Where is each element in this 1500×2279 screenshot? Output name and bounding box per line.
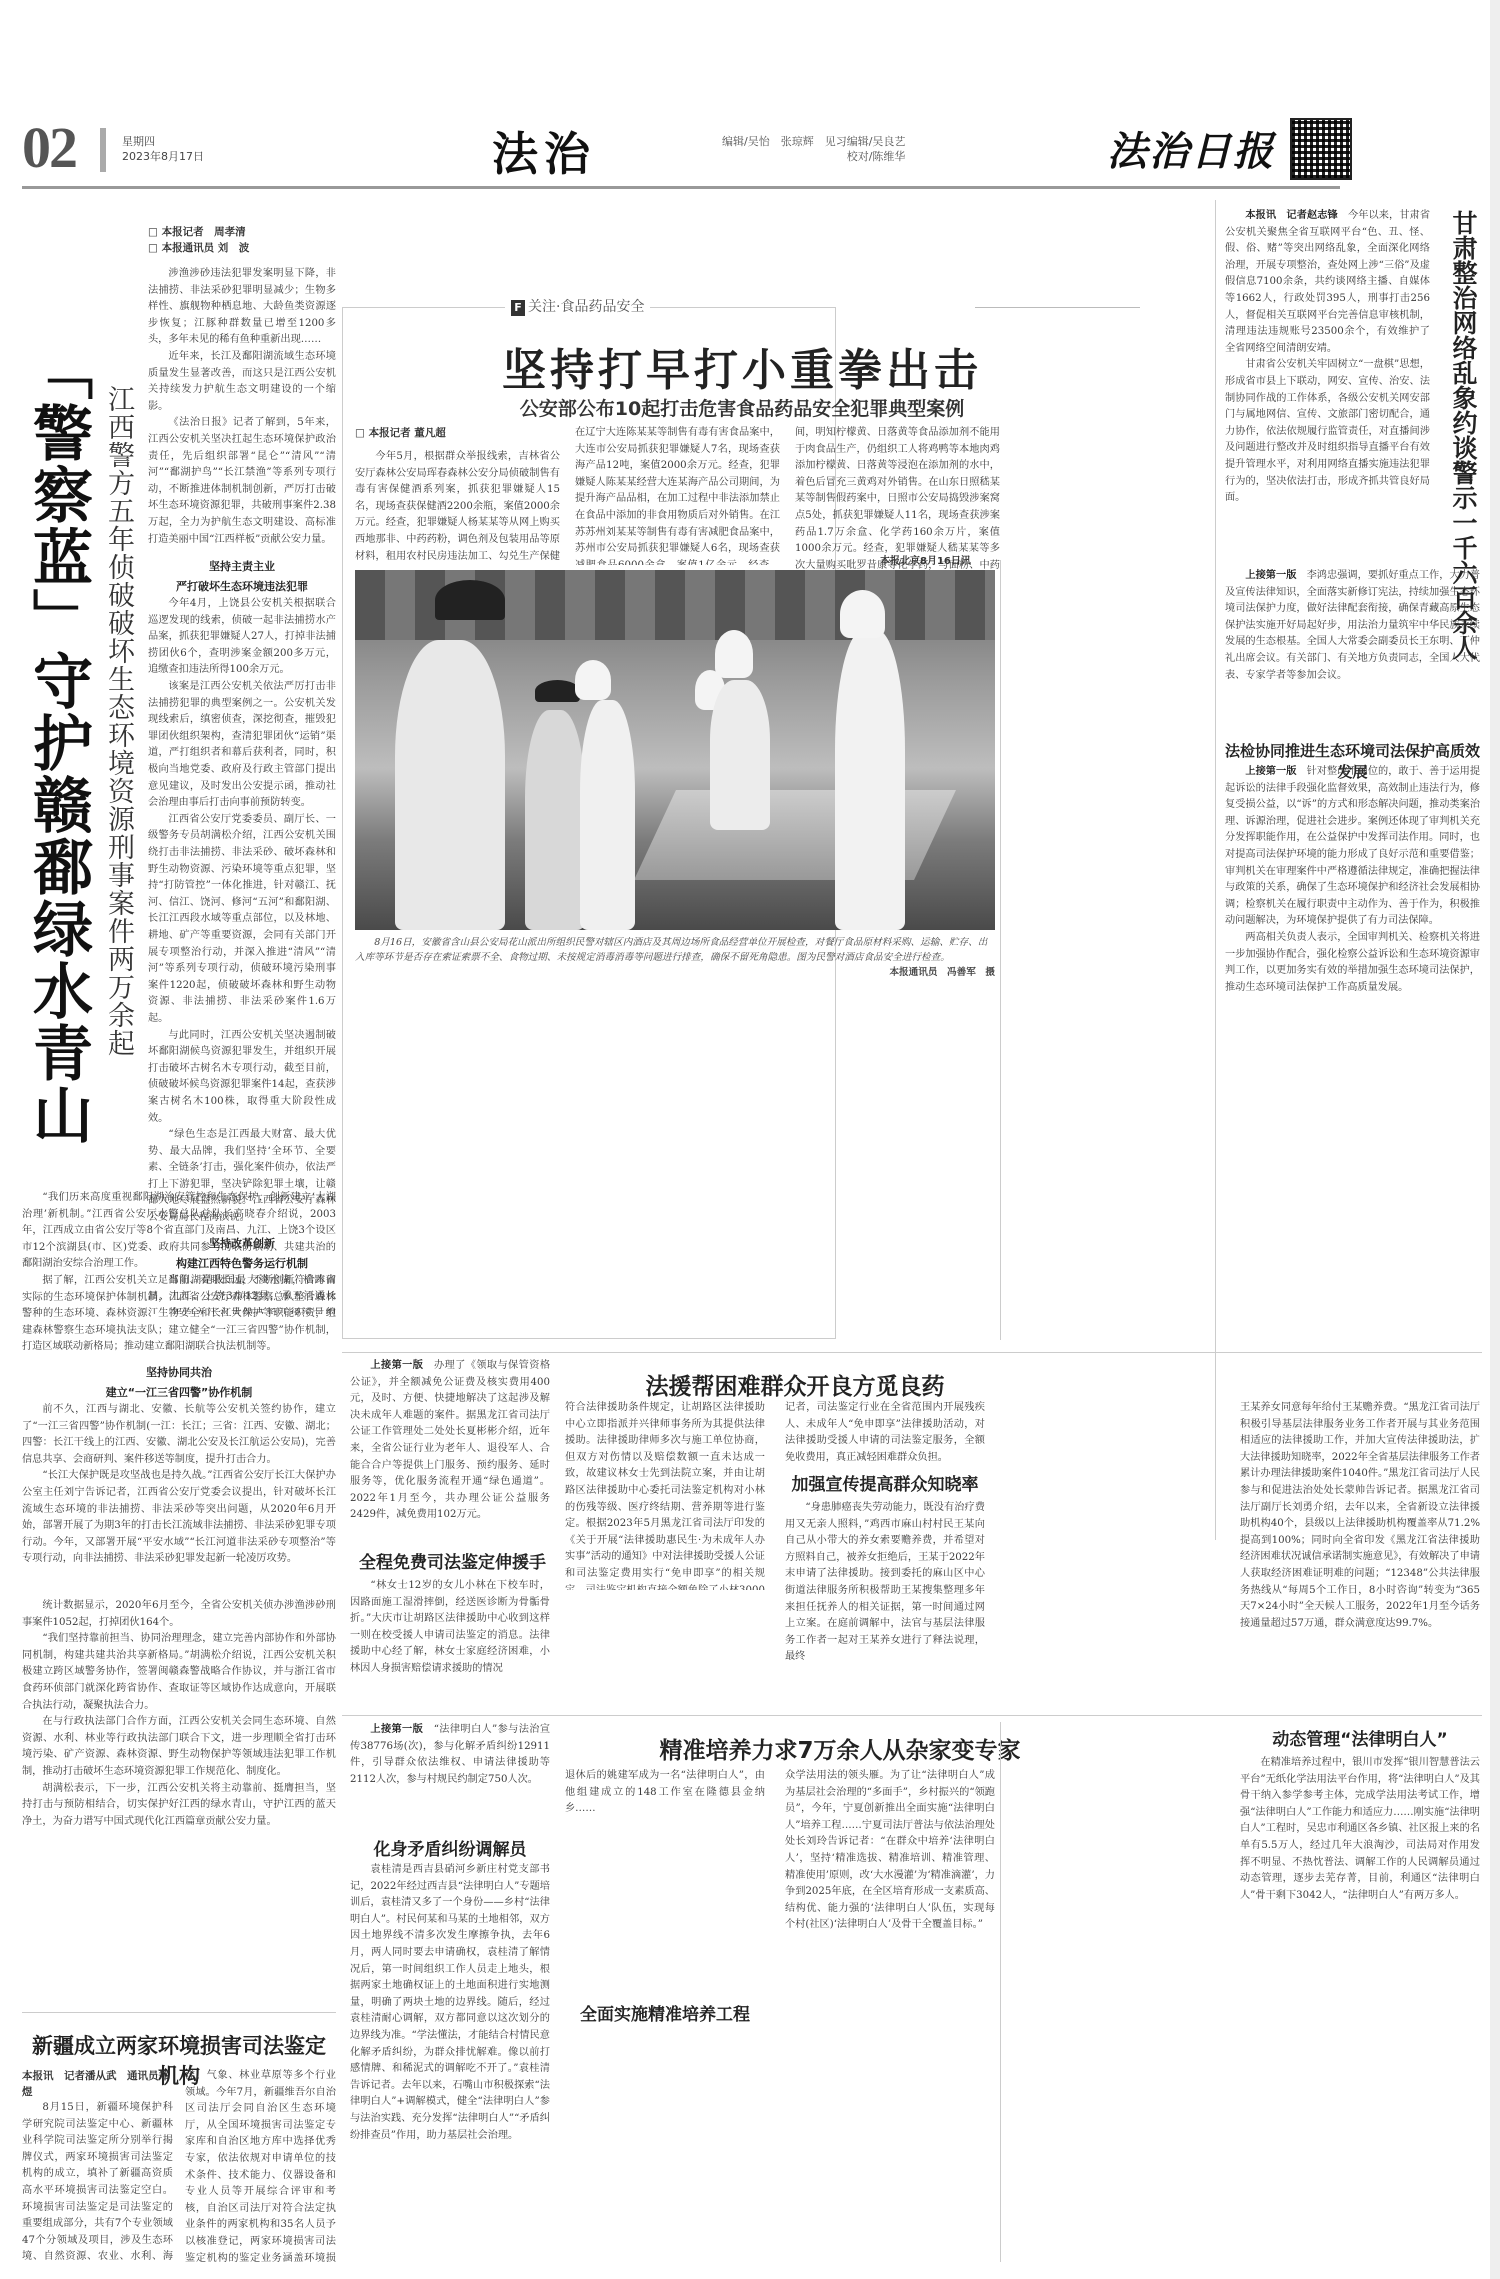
hlj-col-2: 符合法律援助条件规定，让胡路区法律援助中心立即指派并兴律师事务所为其提供法律援助… bbox=[565, 1400, 765, 1590]
gansu-body: 本报讯 记者赵志锋 今年以来，甘肃省公安机关聚焦全省互联网平台“色、丑、怪、假、… bbox=[1225, 208, 1430, 558]
hlj-col-1: 上接第一版 办理了《领取与保管资格公证》，并全额减免公证费及核实费用400元，及… bbox=[350, 1358, 550, 1548]
paragraph: 符合法律援助条件规定，让胡路区法律援助中心立即指派并兴律师事务所为其提供法律援助… bbox=[565, 1400, 765, 1590]
f-logo-icon: F bbox=[511, 300, 525, 316]
editor-credits: 编辑/吴怡 张琼辉 见习编辑/吴良艺 校对/陈维华 bbox=[722, 134, 905, 164]
caption-text: 8月16日，安徽省含山县公安局花山派出所组织民警对辖区内酒店及其周边场所食品经营… bbox=[355, 937, 987, 963]
left-article-body: □ 本报记者 周孝清 □ 本报通讯员 刘 波 涉渔涉砂违法犯罪发案明显下降，非法… bbox=[148, 224, 336, 1314]
page-number: 02 bbox=[22, 118, 76, 178]
paragraph: 与此同时，江西公安机关坚决遏制破坏鄱阳湖候鸟资源犯罪发生，并组织开展打击破坏古树… bbox=[148, 1028, 336, 1128]
masthead: 02 星期四 2023年8月17日 法治 编辑/吴怡 张琼辉 见习编辑/吴良艺 … bbox=[22, 118, 1484, 178]
feature-tag-label: 关注·食品药品安全 bbox=[528, 299, 644, 315]
chef-figure bbox=[580, 700, 635, 930]
weekday: 星期四 bbox=[122, 134, 204, 149]
feature-col-2: 在辽宁大连陈某某等制售有毒有害食品案中，大连市公安局抓获犯罪嫌疑人7名，现场查获… bbox=[575, 425, 780, 565]
photo-caption: 8月16日，安徽省含山县公安局花山派出所组织民警对辖区内酒店及其周边场所食品经营… bbox=[355, 935, 995, 980]
left-article-subheadline: 江西警方五年侦破破坏生态环境资源刑事案件两万余起 bbox=[100, 385, 136, 1057]
feature-dateline: 本报北京8月16日讯 bbox=[880, 552, 971, 567]
masthead-rule bbox=[22, 186, 1340, 189]
nx-subheading: 化身矛盾纠纷调解员 bbox=[345, 1835, 555, 1860]
paragraph: 上接第一版 办理了《领取与保管资格公证》，并全额减免公证费及核实费用400元，及… bbox=[350, 1358, 550, 1524]
continued-label: 上接第一版 bbox=[370, 1360, 423, 1371]
left-article-body-lower: “我们历来高度重视鄱阳湖治安管控和生态保护，创新建立‘大湖治理’新机制。”江西省… bbox=[22, 1190, 336, 1600]
fajian-text: 针对整改不到位的，敢于、善于运用提起诉讼的法律手段强化监督效果，高效制止违法行为… bbox=[1225, 766, 1480, 926]
steel-counter bbox=[634, 790, 956, 880]
nx-headline: 精准培养力求7万余人从杂家变专家 bbox=[560, 1732, 1120, 1765]
left-article-body-end: 统计数据显示，2020年6月至今，全省公安机关侦办涉渔涉砂刑事案件1052起，打… bbox=[22, 1598, 336, 2018]
divider bbox=[342, 1352, 1482, 1353]
paragraph: 在精准培养过程中，银川市发挥“银川智慧普法云平台”无纸化学法用法平台作用，将“法… bbox=[1240, 1755, 1480, 1904]
paragraph: 涉渔涉砂违法犯罪发案明显下降，非法捕捞、非法采砂犯罪明显减少；生物多样性、旗舰物… bbox=[148, 266, 336, 349]
xinjiang-body: 本报讯 记者潘从武 通讯员郑煜 8月15日，新疆环境保护科学研究院司法鉴定中心、… bbox=[22, 2068, 336, 2268]
nx-col-3: 众学法用法的领头雁。为了让“法律明白人”成为基层社会治理的“多面手”，乡村振兴的… bbox=[785, 1768, 995, 2258]
hlj-col-3b: “身患肺癌丧失劳动能力，既没有治疗费用又无亲人照料，”鸡西市麻山村村民王某向自己… bbox=[785, 1500, 985, 1680]
paragraph: 王某养女同意每年给付王某赡养费。“黑龙江省司法厅积极引导基层法律服务业务工作者开… bbox=[1240, 1400, 1480, 1632]
feature-byline: □ 本报记者 董凡超 bbox=[355, 425, 560, 441]
gansu-text: 今年以来，甘肃省公安机关聚焦全省互联网平台“色、丑、怪、假、俗、赌”等突出网络乱… bbox=[1225, 210, 1430, 354]
hlj-col-3: 记者，司法鉴定行业在全省范围内开展残疾人、未成年人“免申即享”法律援助活动，对法… bbox=[785, 1400, 985, 1480]
npc-continued: 上接第一版 李鸿忠强调，要抓好重点工作，大力普及宣传法律知识，全面落实新修订宪法… bbox=[1225, 568, 1480, 718]
paragraph: 胡满松表示，下一步，江西公安机关将主动靠前、挺膺担当，坚持打击与预防相结合，切实… bbox=[22, 1781, 336, 1831]
column-divider bbox=[1215, 200, 1216, 1540]
officer-cap bbox=[535, 680, 580, 702]
paragraph: 今年5月，根据群众举报线索，吉林省公安厅森林公安局珲春森林公安分局侦破制售有毒有… bbox=[355, 449, 560, 565]
editors-line-1: 编辑/吴怡 张琼辉 见习编辑/吴良艺 bbox=[722, 134, 905, 149]
paragraph: 记者，司法鉴定行业在全省范围内开展残疾人、未成年人“免申即享”法律援助活动，对法… bbox=[785, 1400, 985, 1466]
gansu-byline: 本报讯 记者赵志锋 bbox=[1245, 210, 1337, 221]
newspaper-page: 02 星期四 2023年8月17日 法治 编辑/吴怡 张琼辉 见习编辑/吴良艺 … bbox=[0, 0, 1500, 2279]
paragraph: 据了解，江西公安机关立足当前、着眼长远，不断创新符合本省实际的生态环境保护体制机… bbox=[22, 1273, 336, 1356]
paragraph: 在辽宁大连陈某某等制售有毒有害食品案中，大连市公安局抓获犯罪嫌疑人7名，现场查获… bbox=[575, 425, 780, 565]
date: 2023年8月17日 bbox=[122, 149, 204, 164]
fajian-body: 上接第一版 针对整改不到位的，敢于、善于运用提起诉讼的法律手段强化监督效果，高效… bbox=[1225, 764, 1480, 1344]
feature-col-3: 间，明知柠檬黄、日落黄等食品添加剂不能用于肉食品生产，仍组织工人将鸡鸭等本地肉鸡… bbox=[795, 425, 1000, 570]
issue-date: 星期四 2023年8月17日 bbox=[122, 134, 204, 164]
nx-col-2: 退休后的姚建军成为一名“法律明白人”，由他组建成立的148工作室在隆德县金纳乡…… bbox=[565, 1768, 765, 1998]
paragraph: 在与行政执法部门合作方面，江西公安机关会同生态环境、自然资源、水利、林业等行政执… bbox=[22, 1714, 336, 1780]
editors-line-2: 校对/陈维华 bbox=[722, 149, 905, 164]
officer-figure bbox=[525, 710, 585, 930]
paragraph: 《法治日报》记者了解到，5年来，江西公安机关坚决扛起生态环境保护政治责任，先后组… bbox=[148, 415, 336, 548]
byline-correspondent: □ 本报通讯员 刘 波 bbox=[148, 240, 336, 256]
byline-reporter: □ 本报记者 周孝清 bbox=[148, 224, 336, 240]
paragraph: “我们历来高度重视鄱阳湖治安管控和生态保护，创新建立‘大湖治理’新机制。”江西省… bbox=[22, 1190, 336, 1273]
continued-text: 李鸿忠强调，要抓好重点工作，大力普及宣传法律知识，全面落实新修订宪法，持续加强生… bbox=[1225, 570, 1480, 681]
paragraph: 上接第一版 李鸿忠强调，要抓好重点工作，大力普及宣传法律知识，全面落实新修订宪法… bbox=[1225, 568, 1480, 684]
paragraph: 近年来，长江及鄱阳湖流域生态环境质量发生显著改善，而这只是江西公安机关持续发力护… bbox=[148, 349, 336, 415]
hlj-text: 办理了《领取与保管资格公证》，并全额减免公证费及核实费用400元，及时、方便、快… bbox=[350, 1360, 550, 1520]
hlj-col-1b: “林女士12岁的女儿小林在下校车时，因路面施工湿滑摔倒，经送医诊断为骨骺骨折。”… bbox=[350, 1578, 550, 1698]
paragraph: 该案是江西公安机关依法严厉打击非法捕捞犯罪的典型案例之一。公安机关发现线索后，缜… bbox=[148, 679, 336, 812]
section-subheading: 建立“一江三省四警”协作机制 bbox=[22, 1386, 336, 1400]
hlj-headline: 法援帮困难群众开良方觅良药 bbox=[560, 1368, 1030, 1401]
chef-figure bbox=[835, 630, 905, 930]
paragraph: “身患肺癌丧失劳动能力，既没有治疗费用又无亲人照料，”鸡西市麻山村村民王某向自己… bbox=[785, 1500, 985, 1666]
nx-col-1: 上接第一版 “法律明白人”参与法治宣传38776场(次)，参与化解矛盾纠纷129… bbox=[350, 1722, 550, 1832]
hlj-subheading: 全程免费司法鉴定伸援手 bbox=[345, 1548, 560, 1573]
paragraph: 今年4月，上饶县公安机关根据联合巡逻发现的线索，侦破一起非法捕捞水产品案，抓获犯… bbox=[148, 596, 336, 679]
hlj-subheading: 加强宣传提高群众知晓率 bbox=[785, 1470, 985, 1495]
qr-code-icon[interactable] bbox=[1290, 118, 1352, 180]
paragraph: 前不久，江西与湖北、安徽、长航等公安机关签约协作，建立了“一江三省四警”协作机制… bbox=[22, 1402, 336, 1468]
column-divider bbox=[1000, 1722, 1001, 2262]
paragraph: 上接第一版 针对整改不到位的，敢于、善于运用提起诉讼的法律手段强化监督效果，高效… bbox=[1225, 764, 1480, 930]
paragraph: 上接第一版 “法律明白人”参与法治宣传38776场(次)，参与化解矛盾纠纷129… bbox=[350, 1722, 550, 1788]
feature-col-1: □ 本报记者 董凡超 今年5月，根据群众举报线索，吉林省公安厅森林公安局珲春森林… bbox=[355, 425, 560, 565]
newspaper-logo: 法治日报 bbox=[1107, 120, 1275, 177]
nx-subheading: 全面实施精准培养工程 bbox=[565, 2000, 765, 2025]
section-heading: 坚持主责主业 bbox=[148, 560, 336, 574]
paragraph: 两高相关负责人表示，全国审判机关、检察机关将进一步加强协作配合，强化检察公益诉讼… bbox=[1225, 930, 1480, 996]
paragraph: 江西省公安厅党委委员、副厅长、一级警务专员胡满松介绍，江西公安机关围绕打击非法捕… bbox=[148, 812, 336, 1028]
continued-label: 上接第一版 bbox=[370, 1724, 423, 1735]
continued-label: 上接第一版 bbox=[1245, 766, 1296, 777]
section-title: 法治 bbox=[492, 118, 596, 184]
paragraph: “我们坚持靠前担当、协同治理理念，建立完善内部协作和外部协同机制，构建共建共治共… bbox=[22, 1631, 336, 1714]
paragraph: 众学法用法的领头雁。为了让“法律明白人”成为基层社会治理的“多面手”，乡村振兴的… bbox=[785, 1768, 995, 1934]
xinjiang-byline: 本报讯 记者潘从武 通讯员郑煜 bbox=[22, 2068, 173, 2100]
paragraph: 统计数据显示，2020年6月至今，全省公安机关侦办涉渔涉砂刑事案件1052起，打… bbox=[22, 1598, 336, 1631]
photo-credit: 本报通讯员 冯善军 摄 bbox=[870, 965, 995, 980]
nx-subheading: 动态管理“法律明白人” bbox=[1240, 1725, 1480, 1750]
paragraph: 间，明知柠檬黄、日落黄等食品添加剂不能用于肉食品生产，仍组织工人将鸡鸭等本地肉鸡… bbox=[795, 425, 1000, 570]
divider bbox=[22, 2012, 336, 2013]
chef-hat bbox=[840, 590, 885, 638]
column-divider bbox=[1000, 560, 1001, 1340]
chef-hat bbox=[575, 660, 611, 700]
paragraph: 本报讯 记者赵志锋 今年以来，甘肃省公安机关聚焦全省互联网平台“色、丑、怪、假、… bbox=[1225, 208, 1430, 357]
feature-tag: F关注·食品药品安全 bbox=[505, 296, 650, 316]
left-article-headline: 「警察蓝」守护赣鄱绿水青山 bbox=[22, 340, 94, 1146]
officer-figure bbox=[395, 640, 505, 930]
paragraph: 甘肃省公安机关牢固树立“一盘棋”思想，形成省市县上下联动，网安、宣传、治安、法制… bbox=[1225, 357, 1430, 506]
chef-figure bbox=[710, 680, 770, 830]
continued-label: 上接第一版 bbox=[1245, 570, 1296, 581]
paragraph: 袁桂清是西吉县硝河乡新庄村党支部书记，2022年经过西吉县“法律明白人”专题培训… bbox=[350, 1862, 550, 2144]
chef-hat bbox=[715, 630, 753, 678]
hlj-col-3c bbox=[1005, 1400, 1205, 1580]
officer-cap bbox=[435, 580, 505, 620]
paragraph: 退休后的姚建军成为一名“法律明白人”，由他组建成立的148工作室在隆德县金纳乡…… bbox=[565, 1768, 765, 1818]
nx-col-4: 在精准培养过程中，银川市发挥“银川智慧普法云平台”无纸化学法用法平台作用，将“法… bbox=[1240, 1755, 1480, 2265]
kitchen-inspection-photo bbox=[355, 570, 995, 930]
divider bbox=[342, 1715, 1482, 1716]
paragraph: “长江大保护既是攻坚战也是持久战。”江西省公安厅长江大保护办公室主任刘宁告诉记者… bbox=[22, 1468, 336, 1568]
section-subheading: 严打破坏生态环境违法犯罪 bbox=[148, 580, 336, 594]
nx-col-1b: 袁桂清是西吉县硝河乡新庄村党支部书记，2022年经过西吉县“法律明白人”专题培训… bbox=[350, 1862, 550, 2262]
page-number-divider bbox=[100, 128, 106, 172]
section-heading: 坚持协同共治 bbox=[22, 1366, 336, 1380]
paragraph: “林女士12岁的女儿小林在下校车时，因路面施工湿滑摔倒，经送医诊断为骨骺骨折。”… bbox=[350, 1578, 550, 1678]
hlj-col-4: 王某养女同意每年给付王某赡养费。“黑龙江省司法厅积极引导基层法律服务业务工作者开… bbox=[1240, 1400, 1480, 1690]
